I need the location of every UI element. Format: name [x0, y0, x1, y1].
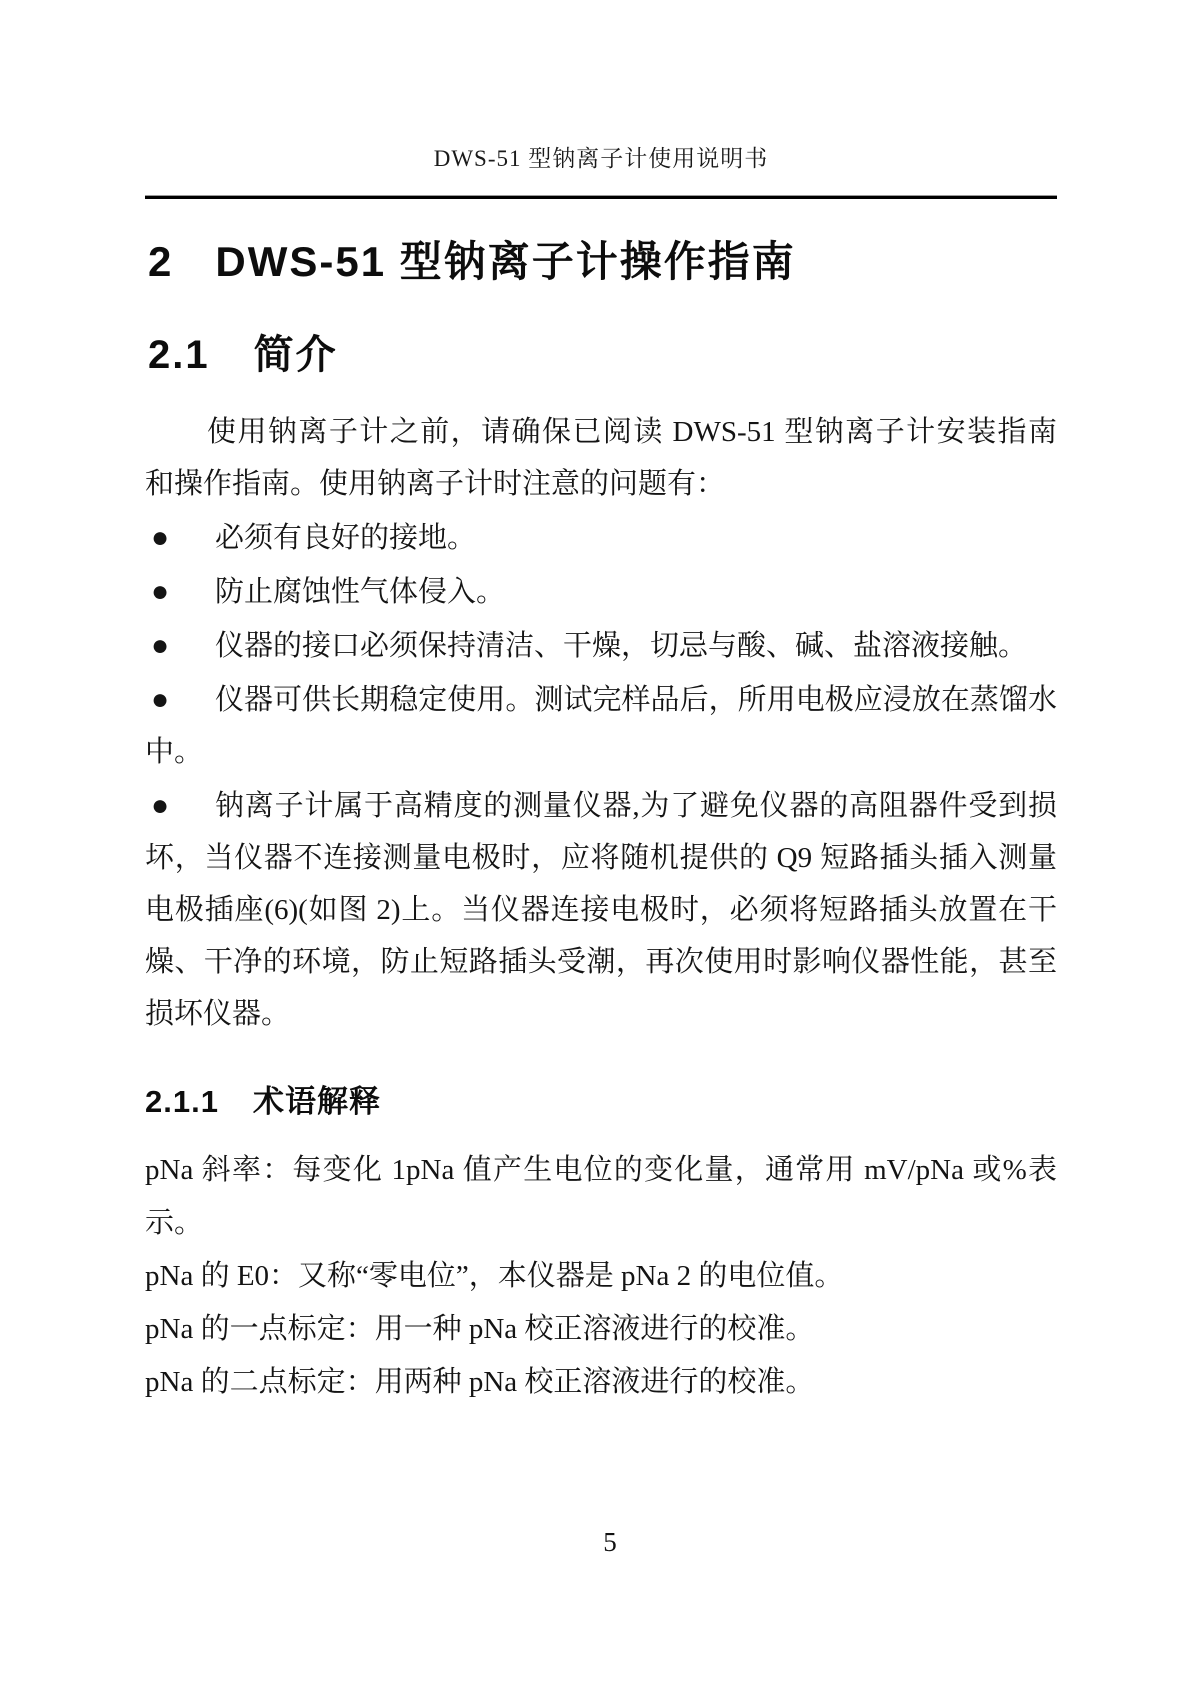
section-heading: 2.1简介 — [148, 330, 338, 380]
term-definition: pNa 的一点标定：用一种 pNa 校正溶液进行的校准。 — [145, 1303, 1057, 1356]
bullet-line: 电极插座(6)(如图 2)上。当仪器连接电极时，必须将短路插头放置在干 — [145, 884, 1057, 936]
manual-page: DWS-51 型钠离子计使用说明书 2DWS-51 型钠离子计操作指南 2.1简… — [0, 0, 1200, 1702]
subsection-number: 2.1.1 — [145, 1084, 219, 1119]
bullet-text: 必须有良好的接地。 — [215, 512, 1057, 564]
subsection-heading: 2.1.1术语解释 — [145, 1082, 1057, 1122]
bullet-item: ● 钠离子计属于高精度的测量仪器,为了避免仪器的高阻器件受到损 坏，当仪器不连接… — [145, 780, 1057, 1040]
term-line: pNa 的一点标定：用一种 pNa 校正溶液进行的校准。 — [145, 1303, 1057, 1356]
intro-line: 使用钠离子计之前，请确保已阅读 DWS-51 型钠离子计安装指南 — [145, 406, 1057, 458]
bullet-line: ● 必须有良好的接地。 — [145, 512, 1057, 564]
section-number: 2.1 — [148, 333, 210, 377]
terms-section: 2.1.1术语解释 pNa 斜率：每变化 1pNa 值产生电位的变化量，通常用 … — [145, 1082, 1057, 1409]
bullet-item: ● 仪器的接口必须保持清洁、干燥，切忌与酸、碱、盐溶液接触。 — [145, 620, 1057, 672]
bullet-icon: ● — [145, 674, 215, 726]
chapter-heading: 2DWS-51 型钠离子计操作指南 — [148, 236, 796, 288]
bullet-icon: ● — [145, 620, 215, 672]
chapter-title: DWS-51 型钠离子计操作指南 — [215, 238, 795, 285]
term-definition: pNa 的 E0：又称“零电位”，本仪器是 pNa 2 的电位值。 — [145, 1250, 1057, 1303]
bullet-icon: ● — [145, 780, 215, 832]
bullet-text: 钠离子计属于高精度的测量仪器,为了避免仪器的高阻器件受到损 — [215, 780, 1057, 832]
bullet-icon: ● — [145, 566, 215, 618]
bullet-text: 仪器可供长期稳定使用。测试完样品后，所用电极应浸放在蒸馏水 — [215, 674, 1057, 726]
bullet-text: 防止腐蚀性气体侵入。 — [215, 566, 1057, 618]
bullet-line: ● 仪器可供长期稳定使用。测试完样品后，所用电极应浸放在蒸馏水 — [145, 674, 1057, 726]
chapter-number: 2 — [148, 238, 173, 285]
section-body: 使用钠离子计之前，请确保已阅读 DWS-51 型钠离子计安装指南 和操作指南。使… — [145, 406, 1057, 1040]
term-line: 示。 — [145, 1197, 1057, 1250]
bullet-line: ● 仪器的接口必须保持清洁、干燥，切忌与酸、碱、盐溶液接触。 — [145, 620, 1057, 672]
term-line: pNa 的二点标定：用两种 pNa 校正溶液进行的校准。 — [145, 1356, 1057, 1409]
intro-line: 和操作指南。使用钠离子计时注意的问题有： — [145, 458, 1057, 510]
header-rule — [145, 195, 1057, 199]
subsection-title: 术语解释 — [253, 1084, 381, 1119]
bullet-line: 坏，当仪器不连接测量电极时，应将随机提供的 Q9 短路插头插入测量 — [145, 832, 1057, 884]
term-definition: pNa 斜率：每变化 1pNa 值产生电位的变化量，通常用 mV/pNa 或%表… — [145, 1144, 1057, 1250]
bullet-item: ● 防止腐蚀性气体侵入。 — [145, 566, 1057, 618]
bullet-line: 燥、干净的环境，防止短路插头受潮，再次使用时影响仪器性能，甚至 — [145, 936, 1057, 988]
bullet-line: ● 钠离子计属于高精度的测量仪器,为了避免仪器的高阻器件受到损 — [145, 780, 1057, 832]
section-title: 简介 — [254, 333, 338, 377]
term-definition: pNa 的二点标定：用两种 pNa 校正溶液进行的校准。 — [145, 1356, 1057, 1409]
intro-paragraph: 使用钠离子计之前，请确保已阅读 DWS-51 型钠离子计安装指南 和操作指南。使… — [145, 406, 1057, 510]
term-line: pNa 斜率：每变化 1pNa 值产生电位的变化量，通常用 mV/pNa 或%表 — [145, 1144, 1057, 1197]
bullet-line: 损坏仪器。 — [145, 988, 1057, 1040]
bullet-item: ● 仪器可供长期稳定使用。测试完样品后，所用电极应浸放在蒸馏水 中。 — [145, 674, 1057, 778]
term-line: pNa 的 E0：又称“零电位”，本仪器是 pNa 2 的电位值。 — [145, 1250, 1057, 1303]
bullet-line: 中。 — [145, 726, 1057, 778]
page-number: 5 — [145, 1526, 1075, 1558]
bullet-icon: ● — [145, 512, 215, 564]
running-header: DWS-51 型钠离子计使用说明书 — [145, 144, 1057, 174]
bullet-line: ● 防止腐蚀性气体侵入。 — [145, 566, 1057, 618]
bullet-text: 仪器的接口必须保持清洁、干燥，切忌与酸、碱、盐溶液接触。 — [215, 620, 1057, 672]
bullet-item: ● 必须有良好的接地。 — [145, 512, 1057, 564]
